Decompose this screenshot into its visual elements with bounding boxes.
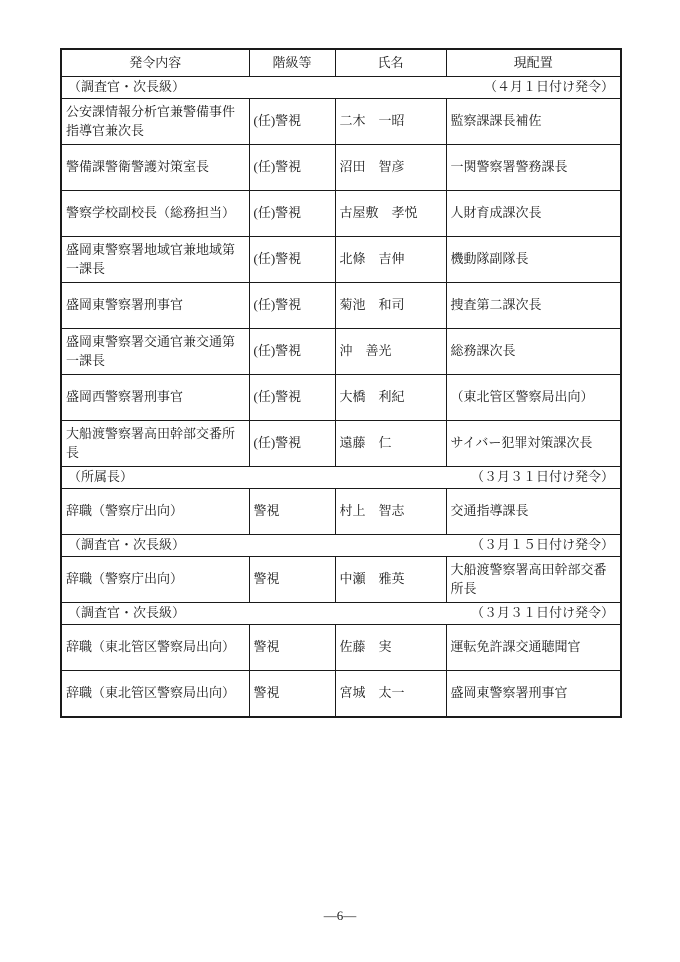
cell-name: 中瀬 雅英 (335, 557, 446, 603)
table-row: 公安課情報分析官兼警備事件指導官兼次長 (任)警視 二木 一昭 監察課課長補佐 (61, 99, 621, 145)
table-row: 辞職（東北管区警察局出向） 警視 佐藤 実 運転免許課交通聴聞官 (61, 625, 621, 671)
cell-announcement: 盛岡東警察署交通官兼交通第一課長 (61, 329, 249, 375)
cell-rank: (任)警視 (249, 421, 335, 467)
section-row: （調査官・次長級） （３月１５日付け発令） (61, 535, 621, 557)
cell-current-placement: 一関警察署警務課長 (446, 145, 621, 191)
cell-rank: (任)警視 (249, 191, 335, 237)
cell-name: 大橋 利紀 (335, 375, 446, 421)
section-category-label: （調査官・次長級） (68, 536, 185, 554)
column-header-announcement: 発令内容 (61, 49, 249, 77)
cell-current-placement: サイバー犯罪対策課次長 (446, 421, 621, 467)
section-row: （所属長） （３月３１日付け発令） (61, 467, 621, 489)
cell-current-placement: 交通指導課長 (446, 489, 621, 535)
cell-name: 沖 善光 (335, 329, 446, 375)
cell-rank: (任)警視 (249, 145, 335, 191)
cell-announcement: 大船渡警察署高田幹部交番所長 (61, 421, 249, 467)
section-effective-date: （４月１日付け発令） (484, 78, 614, 96)
section-effective-date: （３月３１日付け発令） (471, 468, 614, 486)
section-row: （調査官・次長級） （４月１日付け発令） (61, 77, 621, 99)
cell-rank: (任)警視 (249, 99, 335, 145)
personnel-announcement-table: 発令内容 階級等 氏名 現配置 （調査官・次長級） （４月１日付け発令） 公安課… (60, 48, 622, 718)
cell-current-placement: 人財育成課次長 (446, 191, 621, 237)
cell-current-placement: 運転免許課交通聴聞官 (446, 625, 621, 671)
cell-name: 村上 智志 (335, 489, 446, 535)
cell-name: 二木 一昭 (335, 99, 446, 145)
cell-rank: 警視 (249, 489, 335, 535)
table-row: 盛岡西警察署刑事官 (任)警視 大橋 利紀 （東北管区警察局出向） (61, 375, 621, 421)
cell-name: 佐藤 実 (335, 625, 446, 671)
table-row: 大船渡警察署高田幹部交番所長 (任)警視 遠藤 仁 サイバー犯罪対策課次長 (61, 421, 621, 467)
table-row: 盛岡東警察署刑事官 (任)警視 菊池 和司 捜査第二課次長 (61, 283, 621, 329)
cell-announcement: 盛岡東警察署刑事官 (61, 283, 249, 329)
cell-rank: (任)警視 (249, 237, 335, 283)
cell-name: 北條 吉伸 (335, 237, 446, 283)
section-category-label: （所属長） (68, 468, 133, 486)
section-cell: （調査官・次長級） （３月１５日付け発令） (61, 535, 621, 557)
cell-name: 菊池 和司 (335, 283, 446, 329)
cell-name: 古屋敷 孝悦 (335, 191, 446, 237)
table-row: 盛岡東警察署地域官兼地域第一課長 (任)警視 北條 吉伸 機動隊副隊長 (61, 237, 621, 283)
cell-rank: 警視 (249, 671, 335, 718)
table-row: 警察学校副校長（総務担当） (任)警視 古屋敷 孝悦 人財育成課次長 (61, 191, 621, 237)
cell-rank: (任)警視 (249, 375, 335, 421)
cell-current-placement: （東北管区警察局出向） (446, 375, 621, 421)
cell-announcement: 盛岡東警察署地域官兼地域第一課長 (61, 237, 249, 283)
section-effective-date: （３月３１日付け発令） (471, 604, 614, 622)
cell-rank: 警視 (249, 557, 335, 603)
table-row: 盛岡東警察署交通官兼交通第一課長 (任)警視 沖 善光 総務課次長 (61, 329, 621, 375)
cell-name: 遠藤 仁 (335, 421, 446, 467)
cell-current-placement: 捜査第二課次長 (446, 283, 621, 329)
cell-current-placement: 機動隊副隊長 (446, 237, 621, 283)
table-row: 警備課警衛警護対策室長 (任)警視 沼田 智彦 一関警察署警務課長 (61, 145, 621, 191)
cell-name: 沼田 智彦 (335, 145, 446, 191)
cell-rank: 警視 (249, 625, 335, 671)
cell-announcement: 辞職（東北管区警察局出向） (61, 625, 249, 671)
section-category-label: （調査官・次長級） (68, 78, 185, 96)
column-header-name: 氏名 (335, 49, 446, 77)
table-header-row: 発令内容 階級等 氏名 現配置 (61, 49, 621, 77)
cell-announcement: 辞職（警察庁出向） (61, 557, 249, 603)
table-row: 辞職（東北管区警察局出向） 警視 宮城 太一 盛岡東警察署刑事官 (61, 671, 621, 718)
cell-current-placement: 盛岡東警察署刑事官 (446, 671, 621, 718)
section-cell: （調査官・次長級） （４月１日付け発令） (61, 77, 621, 99)
cell-announcement: 警察学校副校長（総務担当） (61, 191, 249, 237)
cell-announcement: 警備課警衛警護対策室長 (61, 145, 249, 191)
section-cell: （所属長） （３月３１日付け発令） (61, 467, 621, 489)
cell-current-placement: 総務課次長 (446, 329, 621, 375)
cell-announcement: 盛岡西警察署刑事官 (61, 375, 249, 421)
table-row: 辞職（警察庁出向） 警視 村上 智志 交通指導課長 (61, 489, 621, 535)
column-header-rank: 階級等 (249, 49, 335, 77)
column-header-current-placement: 現配置 (446, 49, 621, 77)
cell-announcement: 辞職（警察庁出向） (61, 489, 249, 535)
section-effective-date: （３月１５日付け発令） (471, 536, 614, 554)
section-row: （調査官・次長級） （３月３１日付け発令） (61, 603, 621, 625)
section-cell: （調査官・次長級） （３月３１日付け発令） (61, 603, 621, 625)
page-number: ―6― (0, 908, 680, 924)
cell-announcement: 公安課情報分析官兼警備事件指導官兼次長 (61, 99, 249, 145)
cell-name: 宮城 太一 (335, 671, 446, 718)
cell-rank: (任)警視 (249, 283, 335, 329)
cell-current-placement: 大船渡警察署高田幹部交番所長 (446, 557, 621, 603)
cell-rank: (任)警視 (249, 329, 335, 375)
cell-current-placement: 監察課課長補佐 (446, 99, 621, 145)
table-row: 辞職（警察庁出向） 警視 中瀬 雅英 大船渡警察署高田幹部交番所長 (61, 557, 621, 603)
section-category-label: （調査官・次長級） (68, 604, 185, 622)
cell-announcement: 辞職（東北管区警察局出向） (61, 671, 249, 718)
